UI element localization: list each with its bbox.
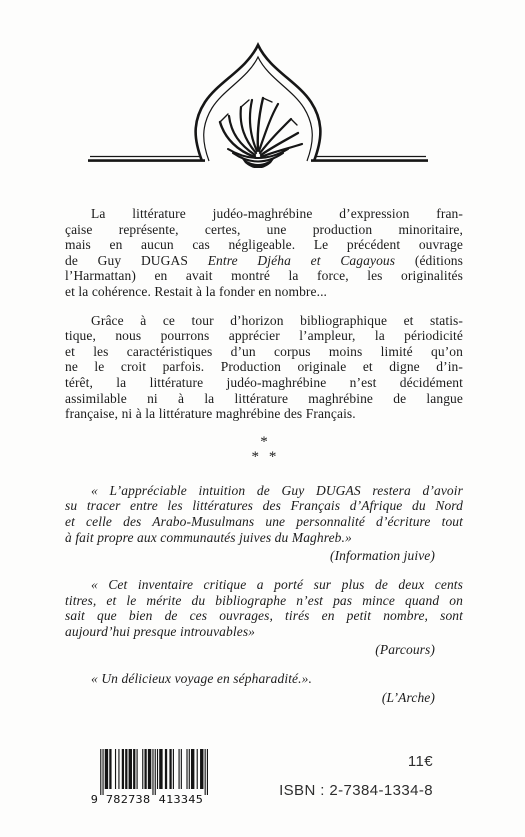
text-line: titres, et le mérite du bibliographe n’e…	[65, 593, 463, 609]
text-line: française, ni à la littérature maghrébin…	[65, 406, 463, 422]
barcode-bar	[173, 749, 174, 789]
barcode-bar	[118, 749, 119, 789]
text-segment: de Guy DUGAS	[65, 253, 208, 268]
barcode-bar	[144, 749, 146, 789]
text-line: çaise représente, certes, une production…	[65, 222, 463, 238]
text-line: su tracer entre les littératures des Fra…	[65, 498, 463, 514]
text-line: et les caractéristiques d’un corpus moin…	[65, 344, 463, 360]
text-line: « Cet inventaire critique a porté sur pl…	[65, 577, 463, 593]
price: 11€	[279, 754, 433, 769]
barcode-bar	[197, 749, 198, 789]
quote-text: « L’appréciable intuition de Guy DUGAS r…	[65, 483, 463, 545]
quote-text: « Cet inventaire critique a porté sur pl…	[65, 577, 463, 639]
review-quote-2: « Cet inventaire critique a porté sur pl…	[65, 577, 463, 658]
separator-star-top: *	[65, 435, 463, 450]
barcode-bar	[142, 749, 143, 789]
text-line: assimilable ni à la littérature maghrébi…	[65, 391, 463, 407]
paragraph-1: La littérature judéo-maghrébine d’expres…	[65, 206, 463, 300]
footer: 9 782738 413345 11€ ISBN : 2-7384-1334-8	[90, 749, 433, 805]
quote-text: « Un délicieux voyage en sépharadité.».	[65, 671, 463, 687]
barcode-bar	[186, 749, 187, 789]
barcode-bar	[157, 749, 158, 789]
quote-source: (L’Arche)	[65, 690, 463, 706]
barcode-bar	[100, 749, 101, 795]
barcode-bar	[205, 749, 206, 795]
review-quote-1: « L’appréciable intuition de Guy DUGAS r…	[65, 483, 463, 564]
cited-title: Entre Djéha et Cagayous	[208, 253, 395, 268]
barcode-bar	[152, 749, 153, 795]
barcode-bar	[200, 749, 203, 789]
barcode-digits-right: 413345	[159, 794, 203, 805]
book-fan-icon	[220, 98, 302, 168]
barcode-bar	[102, 749, 103, 795]
barcode-bar	[189, 749, 190, 789]
barcode-svg: 9 782738 413345	[90, 749, 208, 805]
barcode-bar	[105, 749, 108, 789]
text-line: ne le croit parfois. Production original…	[65, 359, 463, 375]
barcode-bar	[115, 749, 116, 789]
quote-source: (Information juive)	[65, 548, 463, 564]
text-line: La littérature judéo-maghrébine d’expres…	[65, 206, 463, 222]
quote-source: (Parcours)	[65, 642, 463, 658]
barcode-bar	[179, 749, 180, 789]
barcode-digits-left: 782738	[106, 794, 150, 805]
barcode-bar	[122, 749, 124, 789]
barcode-bar	[129, 749, 132, 789]
barcode-bar	[148, 749, 151, 789]
text-line: sait que bien de ces ouvrages, tirés en …	[65, 608, 463, 624]
text-line: Grâce à ce tour d’horizon bibliographiqu…	[65, 313, 463, 329]
text-segment: (éditions	[395, 253, 463, 268]
barcode-digit-lead: 9	[91, 794, 98, 805]
text-line: tique, nous pourrons apprécier l’ampleur…	[65, 328, 463, 344]
barcode-bar	[155, 749, 156, 795]
text-line: et celle des Arabo-Musulmans une personn…	[65, 514, 463, 530]
paragraph-2: Grâce à ce tour d’horizon bibliographiqu…	[65, 313, 463, 422]
barcode: 9 782738 413345	[90, 749, 208, 805]
barcode-bar	[109, 749, 111, 789]
text-line: et la cohérence. Restait à la fonder en …	[65, 284, 463, 300]
text-line: « Un délicieux voyage en sépharadité.».	[65, 671, 463, 687]
barcode-bar	[159, 749, 162, 789]
harmattan-logo	[88, 38, 428, 168]
barcode-bar	[137, 749, 138, 789]
pricing-block: 11€ ISBN : 2-7384-1334-8	[279, 749, 433, 798]
barcode-bar	[207, 749, 208, 795]
barcode-bar	[169, 749, 171, 789]
text-line: l’Harmattan) en avait montré la force, l…	[65, 268, 463, 284]
barcode-bar	[125, 749, 127, 789]
rule-line-right	[311, 157, 428, 161]
barcode-bar	[133, 749, 135, 789]
text-line: à fait propre aux communautés juives du …	[65, 530, 463, 546]
separator-stars-bottom: * *	[65, 450, 463, 465]
book-back-cover: La littérature judéo-maghrébine d’expres…	[0, 0, 525, 837]
barcode-bar	[181, 749, 182, 789]
harmattan-logo-svg	[88, 38, 428, 168]
barcode-bar	[165, 749, 167, 789]
isbn: ISBN : 2-7384-1334-8	[279, 783, 433, 798]
text-line: térêt, la littérature judéo-maghrébine n…	[65, 375, 463, 391]
asterisk-separator: * * *	[65, 435, 463, 465]
text-line: de Guy DUGAS Entre Djéha et Cagayous (éd…	[65, 253, 463, 269]
text-line: aujourd’hui presque introuvables»	[65, 624, 463, 640]
rule-line-left	[88, 157, 205, 161]
barcode-bar	[191, 749, 194, 789]
review-quote-3: « Un délicieux voyage en sépharadité.». …	[65, 671, 463, 706]
text-line: « L’appréciable intuition de Guy DUGAS r…	[65, 483, 463, 499]
text-line: mais en aucun cas négligeable. Le précéd…	[65, 237, 463, 253]
blurb: La littérature judéo-maghrébine d’expres…	[65, 206, 463, 706]
